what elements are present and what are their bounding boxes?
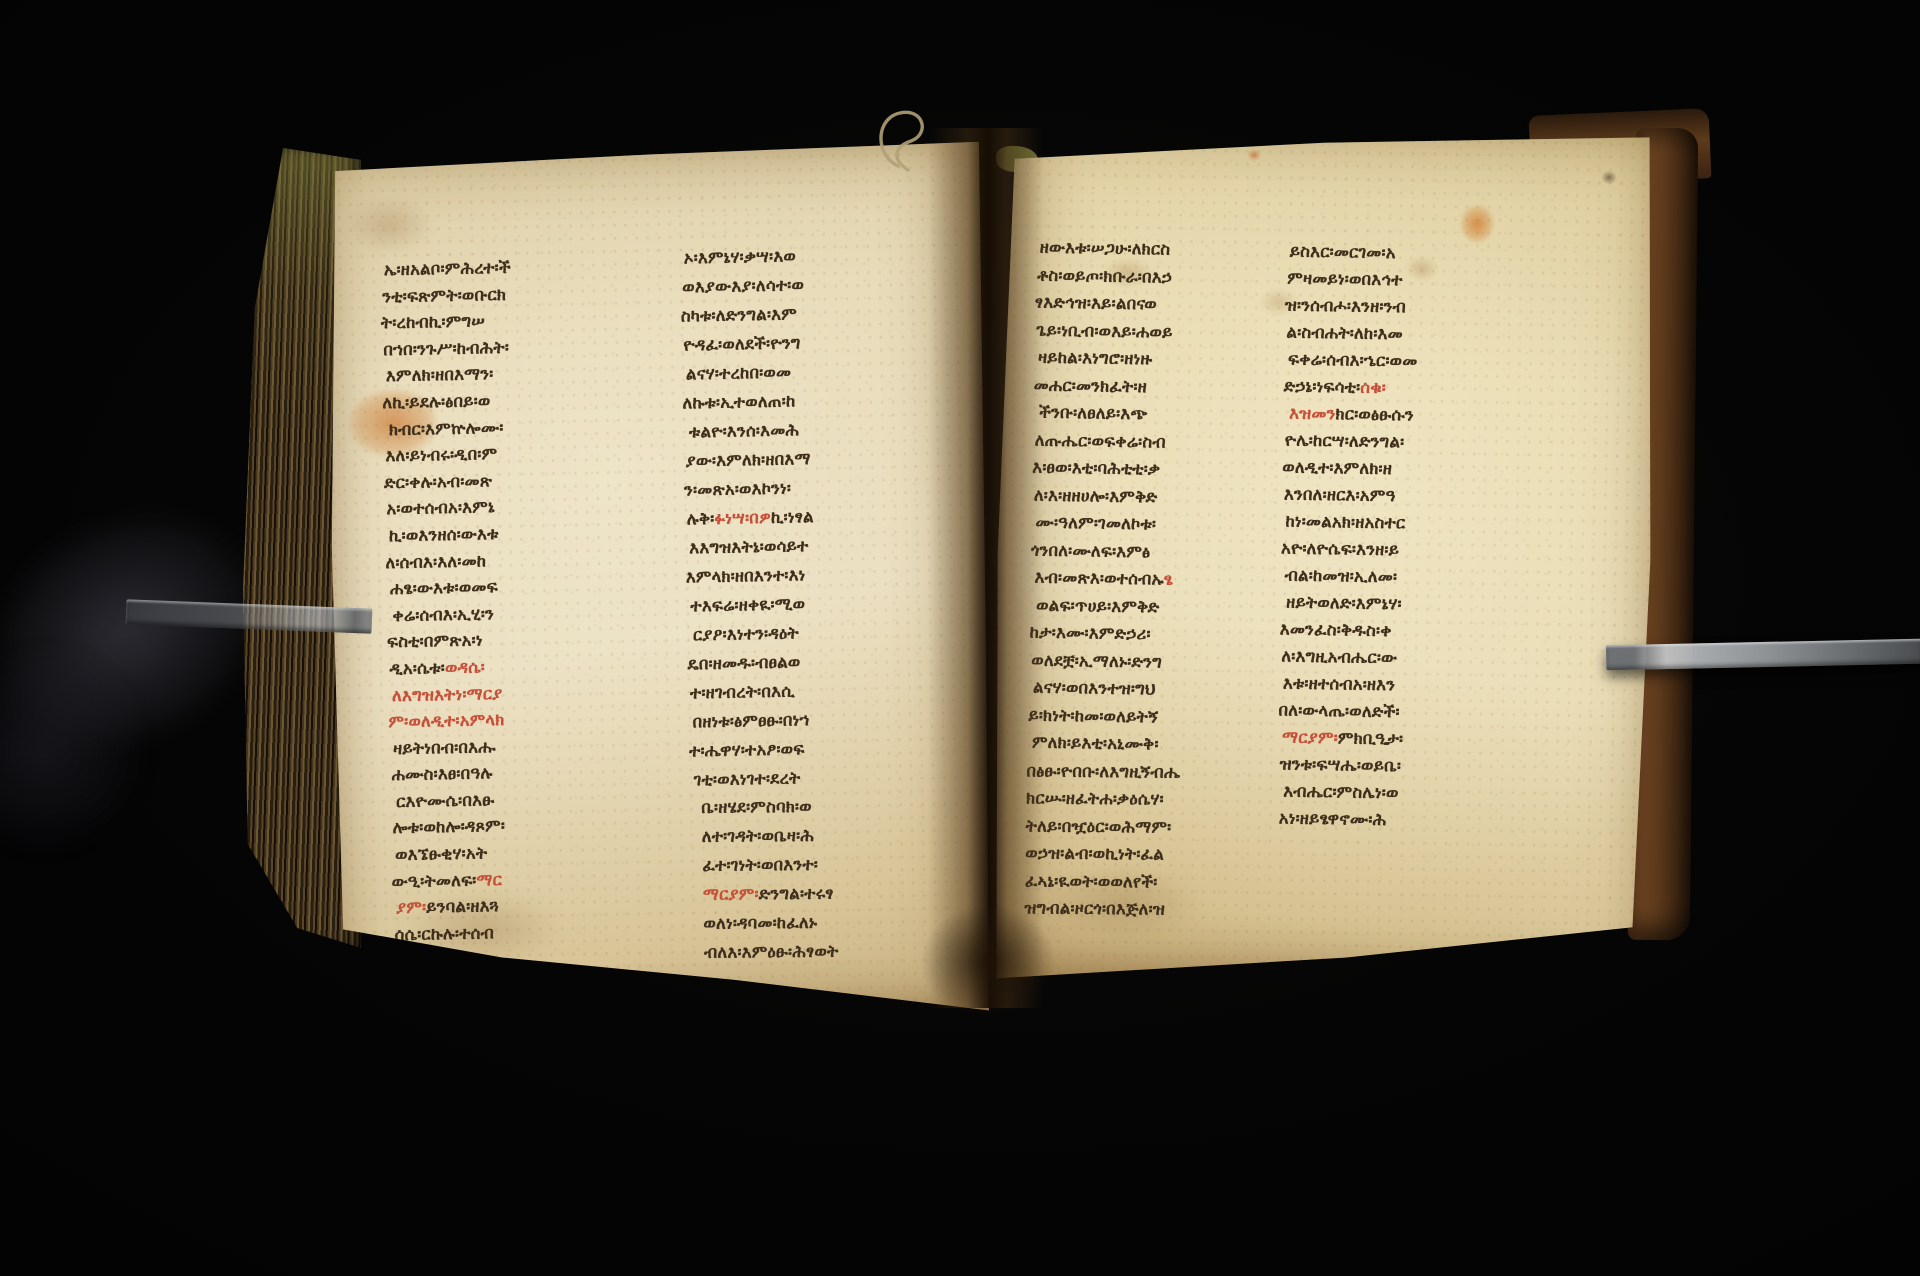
- text-line: እቱ፡ዘተሰብአ፡ዘእን: [1283, 669, 1549, 700]
- ink-segment: ኤ፡ዘአልቦ፡ምሕረተ፡ች: [384, 258, 511, 279]
- ink-segment: ዛይከል፡እነግሮ፡ዘነዙ: [1038, 348, 1153, 369]
- ink-segment: ን፡መጽአ፡ወእኮንነ፡: [684, 478, 791, 499]
- ink-segment: በዘነቱ፡ፅምፀፁ፡በነኀ: [692, 710, 809, 731]
- text-line: ኦ፡እምኔሃ፡ቃሣ፡እወ: [683, 238, 956, 272]
- text-line: ገቲ፡ወእነገተ፡ደረት: [693, 760, 966, 794]
- text-line: ለ፡እግዚአብሔር፡ው: [1281, 642, 1547, 673]
- ink-segment: እመንፈስ፡ቅዱስ፡ቀ: [1280, 619, 1392, 640]
- rubric-segment: ፄ: [1164, 570, 1174, 589]
- rubric-segment: ማርያም፡: [703, 884, 759, 903]
- ink-segment: ሐፄ፡ውእቱ፡ወመፍ: [390, 577, 498, 598]
- ink-segment: ፍቀሬ፡ሰብእ፡ኄር፡ወመ: [1288, 350, 1418, 371]
- ink-segment: አነ፡ዘይፄዋኖሙ፡ሕ: [1279, 808, 1387, 829]
- ink-segment: ወለዲተ፡እምለክ፡ዘ: [1282, 457, 1392, 478]
- ink-segment: ለ፡እግዚአብሔር፡ው: [1281, 646, 1397, 667]
- rubric-segment: ም፡ወለዲተ፡አምላክ: [388, 710, 504, 731]
- text-line: ለጡሔር፡ወፍቀሬ፡ስብ: [1035, 426, 1303, 458]
- ink-segment: ለኩቱ፡ኢተወለጠ፡ከ: [682, 391, 795, 412]
- text-line: ፍስቲ፡በምጽአ፡ነ: [387, 624, 655, 656]
- ink-segment: ችንቡ፡ለፀለይ፡እጭ: [1039, 403, 1148, 424]
- ink-segment: ለኪ፡ይደሉ፡ፅበይ፡ወ: [382, 391, 490, 412]
- ink-segment: ያው፡እምለክ፡ዘበእማ: [685, 449, 810, 470]
- text-line: ዘይትወለድ፡እምኔሃ፡: [1286, 589, 1552, 620]
- bookmark-thread: [866, 100, 936, 178]
- text-line: ያም፡ይንባል፡ዘእጓ: [396, 890, 664, 922]
- text-line: ወኃዝ፡ልብ፡ወኪነት፡ፈል: [1025, 839, 1293, 869]
- text-line: ለ፡እ፡ዘዘሀሎ፡እምቅድ: [1034, 481, 1302, 513]
- text-line: ን፡መጽአ፡ወእኮንነ፡: [684, 470, 957, 504]
- ink-segment: ሎቱ፡ወከሎ፡ዳጾም፡: [392, 816, 505, 837]
- ink-segment: ወኃዝ፡ልብ፡ወኪነት፡ፈል: [1025, 843, 1164, 863]
- ink-segment: ወእያውእያ፡ለሳተ፡ወ: [682, 275, 804, 296]
- ink-segment: ውዒ፡ትመለፍ፡: [391, 870, 476, 891]
- text-line: ርእዮሙሴ፡በእፁ: [396, 784, 664, 816]
- text-line: እመንፈስ፡ቅዱስ፡ቀ: [1280, 615, 1546, 646]
- ink-segment: ለ፡ሰብእ፡እለ፡መከ: [385, 551, 486, 572]
- text-line: ይስእር፡መርገመ፡አ: [1290, 238, 1556, 269]
- ink-segment: ቶስ፡ወይጦ፡ክቡራ፡በእኃ: [1037, 265, 1172, 286]
- ink-segment: ዝ፡ንሰብሖ፡እንዘ፡ንብ: [1285, 295, 1406, 316]
- text-line: ሙ፡ዓለም፡ገመለኮቱ፡: [1035, 509, 1303, 541]
- text-line: አነ፡ዘይፄዋኖሙ፡ሕ: [1279, 804, 1545, 835]
- left-page: ኤ፡ዘአልቦ፡ምሕረተ፡ችንቲ፡ፍጽምት፡ወቡርክት፡ረከብኪ፡ምግሠበኀበ፡ን…: [322, 134, 999, 1037]
- ink-segment: እንበለ፡ዘርእ፡አምዓ: [1284, 484, 1396, 505]
- ink-segment: ፈተ፡ገነት፡ወበእንተ፡: [702, 855, 818, 875]
- text-line: ከነ፡መልአክ፡ዘአስተር: [1285, 507, 1551, 538]
- ink-segment: ይንባል፡ዘእጓ: [426, 896, 499, 916]
- ink-segment: እ፡ፀወ፡እቲ፡ባሕቲቲ፡ቃ: [1032, 458, 1160, 479]
- text-line: ድኃኔ፡ነፍሳቲ፡ሰቁ፡: [1283, 372, 1549, 403]
- ink-segment: ለጡሔር፡ወፍቀሬ፡ስብ: [1035, 430, 1166, 451]
- stain-top-corner: [328, 184, 450, 266]
- text-line: ከታ፡እሙ፡እምድኃሪ፡: [1030, 618, 1298, 650]
- ink-segment: ፍስቲ፡በምጽአ፡ነ: [387, 631, 483, 652]
- ink-segment: ይስእር፡መርገመ፡አ: [1290, 242, 1396, 263]
- text-line: በለ፡ውላጤ፡ወለድች፡: [1278, 696, 1544, 727]
- text-line: ኤ፡ዘአልቦ፡ምሕረተ፡ች: [384, 252, 652, 284]
- studio-backdrop: ኤ፡ዘአልቦ፡ምሕረተ፡ችንቲ፡ፍጽምት፡ወቡርክት፡ረከብኪ፡ምግሠበኀበ፡ን…: [0, 0, 1920, 1276]
- ink-segment: ክርሡ፡ዘፈትሐ፡ቃዕሴሃ፡: [1026, 788, 1164, 808]
- text-line: ዛይከል፡እነግሮ፡ዘነዙ: [1038, 344, 1306, 376]
- ink-segment: ርያዖ፡እነተን፡ዳዕት: [693, 623, 799, 644]
- ink-segment: ድንግል፡ተሩፃ: [759, 884, 834, 904]
- ink-segment: ስካቱ፡ለድንግል፡እም: [681, 304, 797, 325]
- text-line: ል፡ስብሐት፡ለከ፡እመ: [1286, 318, 1552, 349]
- text-line: እዝመንክር፡ወፅፁሱን: [1289, 400, 1555, 431]
- text-line: ወልፍ፡ጥሀይ፡እምቅድ: [1036, 591, 1304, 623]
- text-column-right-inner: ዘውእቱ፡ሠጋሁ፡ለክርስቶስ፡ወይጦ፡ክቡራ፡በእኃፃእድኅዝ፡እይ፡ልበናወ…: [1027, 234, 1306, 926]
- text-line: ጎንበለ፡ሙለፍ፡እምፅ: [1031, 536, 1299, 568]
- text-line: ልናሃ፡ወበእንተዝ፡ግህ: [1033, 674, 1301, 706]
- ink-segment: ዘውእቱ፡ሠጋሁ፡ለክርስ: [1040, 238, 1171, 259]
- text-line: ብል፡ከመዝ፡ኢለመ፡: [1284, 561, 1550, 592]
- ink-segment: ኪ፡ወእንዘሰ፡ውእቱ: [389, 524, 499, 545]
- rubric-segment: ለእግዝእትነ፡ማርያ: [392, 684, 503, 705]
- ink-segment: ተ፡ዘገብረት፡በእሲ: [690, 681, 795, 702]
- text-line: ወለደቿ፡ኢማለኑ፡ድንግ: [1031, 646, 1299, 678]
- ink-segment: ለተ፡ገዳት፡ወቤዛ፡ሕ: [702, 826, 814, 846]
- ink-segment: ይ፡ክነት፡ከመ፡ወለይትኝ: [1028, 705, 1158, 726]
- ink-segment: ልናሃ፡ተረከበ፡ወመ: [686, 362, 792, 383]
- text-line: ዘውእቱ፡ሠጋሁ፡ለክርስ: [1040, 234, 1308, 266]
- ink-segment: ዮዳፈ፡ወለደች፡ዮንግ: [683, 333, 801, 354]
- text-line: ዴበ፡ዘመዱ፡ብፀልወ: [687, 644, 960, 678]
- text-line: ወለዲተ፡እምለክ፡ዘ: [1282, 453, 1548, 484]
- ink-segment: ወእኜፁቂሃ፡አት: [395, 843, 488, 864]
- ink-segment: ክብር፡እምኵሎሙ፡: [389, 418, 504, 439]
- text-line: ማርያም፡ምክቢዒታ፡: [1282, 723, 1548, 754]
- ink-segment: ንቲ፡ፍጽምት፡ወቡርክ: [382, 284, 506, 305]
- text-line: ችንቡ፡ለፀለይ፡እጭ: [1039, 399, 1307, 431]
- rubric-segment: ወዳሴ፡: [445, 657, 485, 677]
- ink-segment: ኪ፡ነፃል: [771, 507, 814, 527]
- ink-segment: ክር፡ወፅፁሱን: [1335, 404, 1414, 424]
- text-line: ፍቀሬ፡ሰብእ፡ኄር፡ወመ: [1288, 346, 1554, 377]
- ink-segment: ከነ፡መልአክ፡ዘአስተር: [1285, 511, 1405, 532]
- ink-segment: ለ፡እ፡ዘዘሀሎ፡እምቅድ: [1034, 485, 1158, 506]
- text-line: ዛይትነበብ፡በእሑ: [393, 731, 661, 763]
- ink-segment: ት፡ረከብኪ፡ምግሠ: [381, 311, 485, 332]
- ink-segment: እምለክ፡ዘበእማን፡: [386, 365, 494, 386]
- ink-segment: ድር፡ቀሉ፡አብ፡መጽ: [384, 471, 493, 492]
- ink-segment: ዲአ፡ሴቱ፡: [389, 658, 445, 678]
- ink-segment: እቱ፡ዘተሰብአ፡ዘእን: [1283, 673, 1396, 694]
- ink-segment: ተእፍሬ፡ዘቀዪ፡ሚወ: [690, 594, 805, 615]
- ink-segment: ል፡ስብሐት፡ለከ፡እመ: [1286, 322, 1403, 343]
- text-line: ዝ፡ንሰብሖ፡እንዘ፡ንብ: [1285, 291, 1551, 322]
- text-line: ሰሴ፡ርኩሉ፡ተሰብ: [394, 917, 662, 949]
- ink-segment: ዘይትወለድ፡እምኔሃ፡: [1286, 593, 1402, 614]
- ink-segment: ትለይ፡በዧዕር፡ወሕማም፡: [1026, 816, 1172, 836]
- text-line: ክብር፡እምኵሎሙ፡: [389, 412, 657, 444]
- ink-segment: ልናሃ፡ወበእንተዝ፡ግህ: [1033, 678, 1156, 699]
- ink-segment: ተ፡ሔዋሃ፡ተአፆ፡ወፍ: [689, 739, 805, 760]
- ink-segment: ጎንበለ፡ሙለፍ፡እምፅ: [1031, 540, 1151, 561]
- text-line: ይ፡ክነት፡ከመ፡ወለይትኝ: [1028, 701, 1296, 733]
- ink-segment: በፅፁ፡ዮበቡ፡ለእግዚኝብሔ: [1027, 761, 1181, 781]
- ink-segment: ኦ፡እምኔሃ፡ቃሣ፡እወ: [684, 246, 797, 267]
- manuscript-book: ኤ፡ዘአልቦ፡ምሕረተ፡ችንቲ፡ፍጽምት፡ወቡርክት፡ረከብኪ፡ምግሠበኀበ፡ን…: [0, 0, 1920, 1276]
- text-column-right-outer: ይስእር፡መርገመ፡አምዛመይነ፡ወበእኅተዝ፡ንሰብሖ፡እንዘ፡ንብል፡ስብሐ…: [1279, 237, 1554, 835]
- rubric-segment: ሰቁ፡: [1360, 378, 1386, 397]
- ink-segment: ምለክ፡ይእቲ፡አኒሙቅ፡: [1032, 733, 1159, 754]
- text-line: ቶስ፡ወይጦ፡ክቡራ፡በእኃ: [1037, 261, 1305, 293]
- ink-segment: ቤ፡ዘሄደ፡ምስባክ፡ወ: [701, 797, 812, 817]
- ink-segment: ቀሬ፡ሰብእ፡ኢሂ፡ን: [392, 604, 494, 625]
- text-line: እ፡ፀወ፡እቲ፡ባሕቲቲ፡ቃ: [1032, 454, 1300, 486]
- ink-segment: ምዛመይነ፡ወበእኅተ: [1287, 268, 1403, 289]
- text-line: ምለክ፡ይእቲ፡አኒሙቅ፡: [1032, 729, 1300, 761]
- ink-segment: እብሔር፡ምስሌነ፡ወ: [1283, 781, 1399, 802]
- text-line: እብሔር፡ምስሌነ፡ወ: [1283, 777, 1549, 808]
- ink-segment: ዮሌ፡ከርሣ፡ለድንግል፡: [1285, 430, 1405, 451]
- ink-segment: ዝንቱ፡ፍሣሔ፡ወይቤ፡: [1280, 754, 1402, 775]
- ink-segment: ከታ፡እሙ፡እምድኃሪ፡: [1030, 622, 1151, 643]
- ink-segment: ብለእ፡እምዕፁ፡ሕፃወት: [704, 942, 839, 962]
- ink-segment: በለ፡ውላጤ፡ወለድች፡: [1278, 700, 1399, 721]
- right-page: ዘውእቱ፡ሠጋሁ፡ለክርስቶስ፡ወይጦ፡ክቡራ፡በእኃፃእድኅዝ፡እይ፡ልበናወ…: [976, 115, 1660, 997]
- ink-segment: ርእዮሙሴ፡በእፁ: [396, 790, 495, 811]
- text-line: ክርሡ፡ዘፈትሐ፡ቃዕሴሃ፡: [1026, 784, 1294, 814]
- ink-segment: እምላክ፡ዘበእንተ፡እነ: [686, 565, 806, 586]
- text-column-left-outer: ኤ፡ዘአልቦ፡ምሕረተ፡ችንቲ፡ፍጽምት፡ወቡርክት፡ረከብኪ፡ምግሠበኀበ፡ን…: [382, 252, 663, 948]
- text-line: ትለይ፡በዧዕር፡ወሕማም፡: [1026, 812, 1294, 842]
- ink-segment: ወለደቿ፡ኢማለኑ፡ድንግ: [1031, 650, 1162, 671]
- text-column-left-inner: ኦ፡እምኔሃ፡ቃሣ፡እወወእያውእያ፡ለሳተ፡ወስካቱ፡ለድንግል፡እምዮዳፈ፡…: [681, 238, 967, 968]
- text-line: ት፡ረከብኪ፡ምግሠ: [381, 305, 649, 337]
- ink-segment: ሙ፡ዓለም፡ገመለኮቱ፡: [1035, 513, 1156, 534]
- ink-segment: አ፡ወተሰብአ፡እምኔ: [386, 498, 495, 519]
- rubric-segment: እዝመን: [1289, 404, 1336, 424]
- ink-segment: እብ፡መጽእ፡ወተሰብኡ: [1034, 568, 1163, 589]
- ink-segment: እለ፡ይነብሩ፡ዲበ፡ም: [385, 444, 497, 465]
- text-line: ጌይ፡ነቢብ፡ወእይ፡ሐወይ: [1036, 316, 1304, 348]
- ink-segment: ሐሙስ፡እፀ፡በዓሉ: [391, 764, 492, 785]
- stain-fleck-corner: [1601, 170, 1617, 184]
- ink-segment: ብል፡ከመዝ፡ኢለመ፡: [1285, 565, 1398, 586]
- rubric-segment: ማርያም፡: [1282, 727, 1338, 747]
- ink-segment: በኀበ፡ንጉሥ፡ከብሕት፡: [383, 338, 509, 359]
- rubric-segment: ያም፡: [396, 898, 427, 918]
- ink-segment: ዛይትነበብ፡በእሑ: [393, 737, 496, 758]
- text-line: ምዛመይነ፡ወበእኅተ: [1287, 264, 1553, 295]
- text-line: ስካቱ፡ለድንግል፡እም: [681, 296, 954, 330]
- ink-segment: ገቲ፡ወእነገተ፡ደረት: [694, 768, 801, 789]
- ink-segment: ቱልዮ፡እንሰ፡እመሕ: [689, 420, 800, 441]
- text-line: መሐር፡መንክፈት፡ዘ: [1033, 371, 1301, 403]
- text-line: እንበለ፡ዘርእ፡አምዓ: [1284, 480, 1550, 511]
- ink-segment: ወለነ፡ዳባመ፡ከፈለኑ: [703, 913, 817, 933]
- rubric-segment: ፉነሣ፡በዎ: [714, 508, 771, 528]
- ink-segment: አዮ፡ለዮሴፍ፡እንዘ፡ይ: [1281, 538, 1399, 559]
- ink-segment: ድኃኔ፡ነፍሳቲ፡: [1284, 376, 1361, 396]
- text-line: ፃእድኅዝ፡እይ፡ልበናወ: [1035, 289, 1303, 321]
- rubric-segment: ማር: [476, 870, 502, 889]
- text-line: ቱልዮ፡እንሰ፡እመሕ: [689, 412, 962, 446]
- ink-segment: ምክቢዒታ፡: [1338, 728, 1404, 748]
- text-line: ዝንቱ፡ፍሣሔ፡ወይቤ፡: [1280, 750, 1546, 781]
- ink-segment: ጌይ፡ነቢብ፡ወእይ፡ሐወይ: [1036, 320, 1172, 341]
- text-line: በፅፁ፡ዮበቡ፡ለእግዚኝብሔ: [1026, 757, 1294, 787]
- ink-segment: ሉቅ፡: [687, 509, 715, 529]
- text-line: አዮ፡ለዮሴፍ፡እንዘ፡ይ: [1281, 534, 1547, 565]
- ink-segment: ዴበ፡ዘመዱ፡ብፀልወ: [687, 652, 800, 673]
- ink-segment: ወልፍ፡ጥሀይ፡እምቅድ: [1036, 595, 1160, 616]
- ink-segment: ፃእድኅዝ፡እይ፡ልበናወ: [1035, 293, 1157, 314]
- ink-segment: ሰሴ፡ርኩሉ፡ተሰብ: [394, 923, 494, 944]
- text-line: ዮሌ፡ከርሣ፡ለድንግል፡: [1285, 426, 1551, 457]
- gutter-shadow: [928, 128, 1044, 1008]
- ink-segment: እእግዝእትኔ፡ወሳይተ: [689, 536, 809, 557]
- text-line: ድር፡ቀሉ፡አብ፡መጽ: [384, 465, 652, 497]
- text-line: እብ፡መጽእ፡ወተሰብኡፄ: [1034, 564, 1302, 596]
- ink-segment: መሐር፡መንክፈት፡ዘ: [1034, 375, 1148, 396]
- stain-fleck-top: [1247, 149, 1261, 161]
